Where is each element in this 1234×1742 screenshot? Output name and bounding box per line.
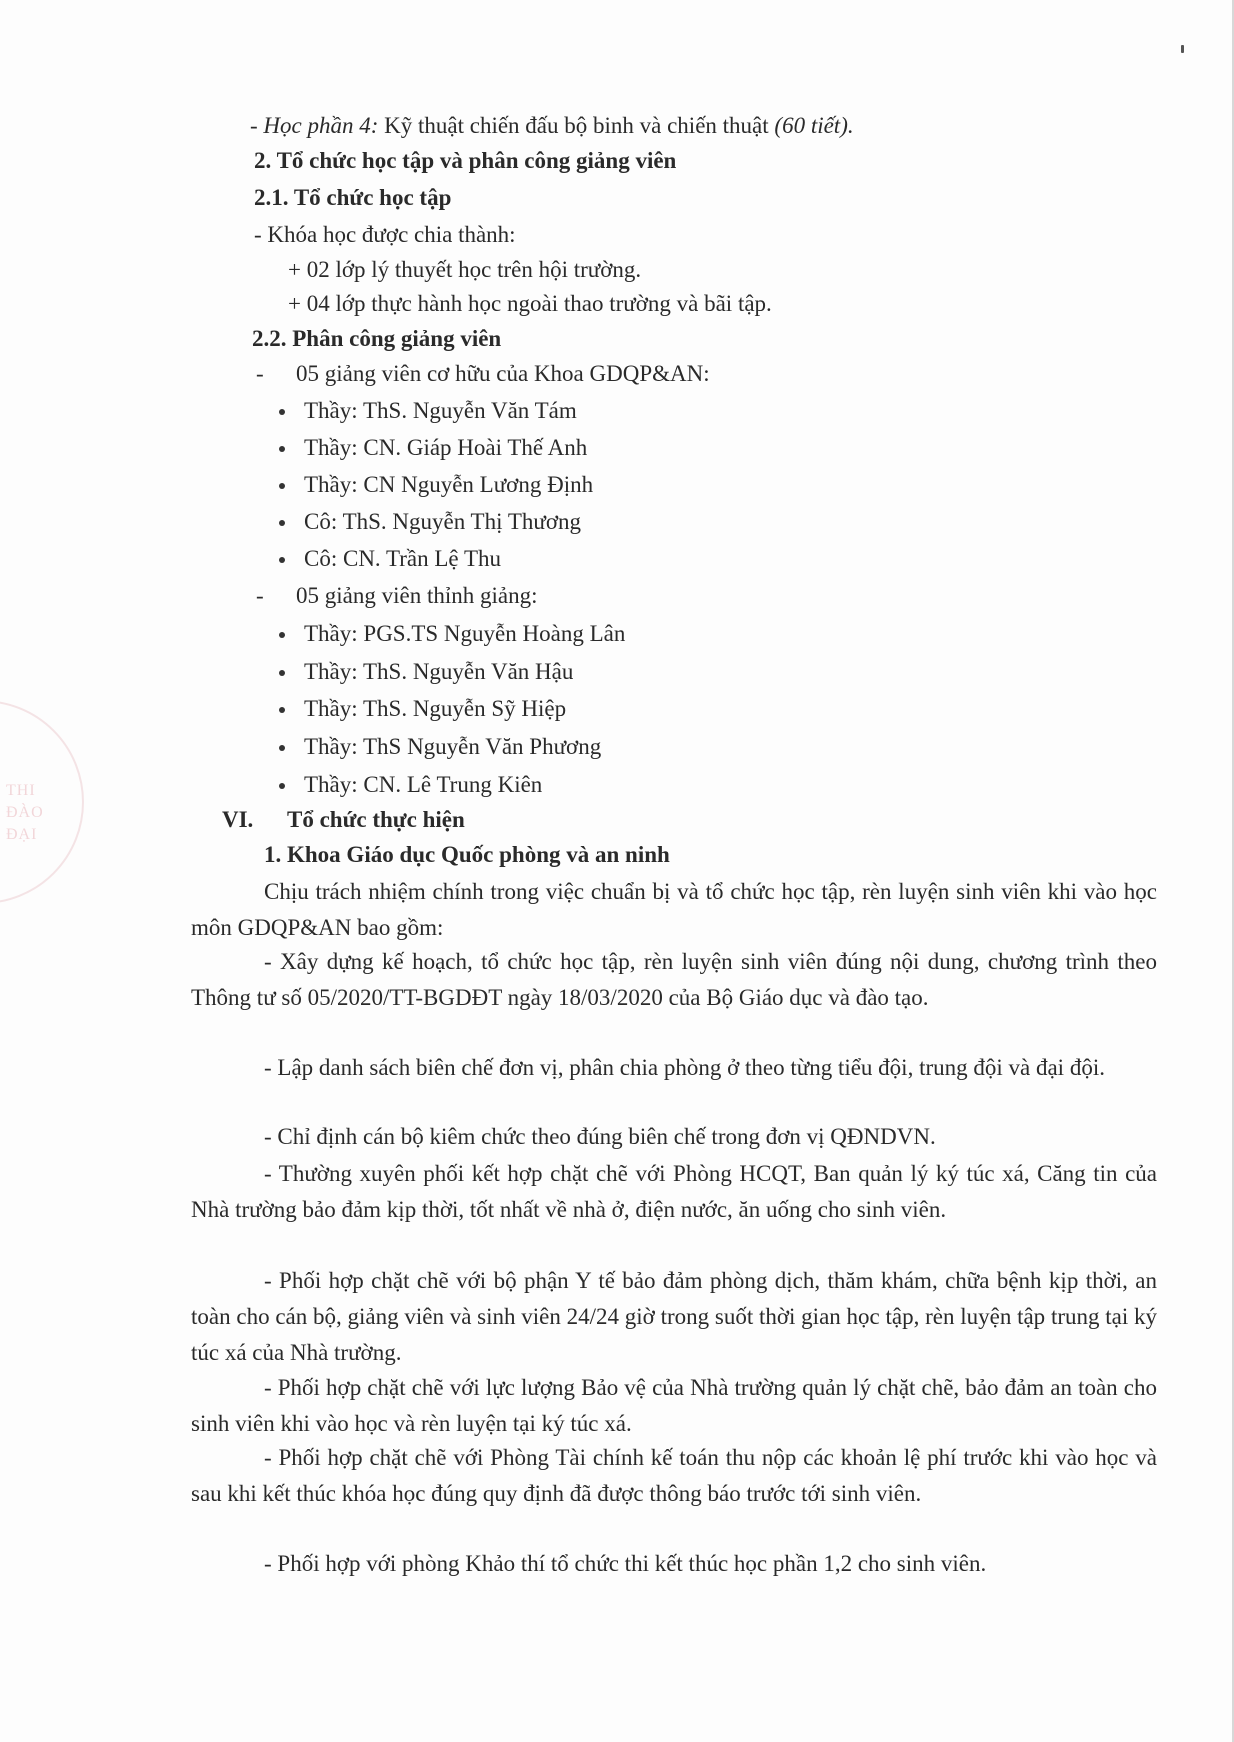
stamp-text: THI — [6, 782, 36, 800]
red-stamp-partial: THI ĐÀO ĐẠI — [0, 700, 84, 904]
section-2-1-heading: 2.1. Tổ chức học tập — [254, 183, 451, 213]
bullet-icon — [279, 670, 285, 676]
bullet-icon — [279, 632, 285, 638]
bullet-icon — [279, 409, 285, 415]
paragraph: - Lập danh sách biên chế đơn vị, phân ch… — [191, 1050, 1157, 1086]
section-VI-1-heading: 1. Khoa Giáo dục Quốc phòng và an ninh — [264, 840, 670, 870]
section-2-2-heading: 2.2. Phân công giảng viên — [252, 324, 501, 354]
bullet-icon — [279, 745, 285, 751]
scan-mark — [1181, 45, 1184, 53]
paragraph: - Phối hợp với phòng Khảo thí tổ chức th… — [191, 1546, 1157, 1582]
paragraph: - Phối hợp chặt chẽ với bộ phận Y tế bảo… — [191, 1263, 1157, 1371]
module-4-hours: (60 tiết). — [774, 113, 853, 138]
paragraph: - Xây dựng kế hoạch, tổ chức học tập, rè… — [191, 944, 1157, 1016]
lecturer-item: Cô: CN. Trần Lệ Thu — [304, 544, 501, 574]
group-dash: - — [256, 359, 264, 389]
module-4-line: - Học phần 4: Kỹ thuật chiến đấu bộ binh… — [250, 111, 854, 141]
section-VI-heading: Tổ chức thực hiện — [287, 805, 465, 835]
lecturer-item: Thầy: PGS.TS Nguyễn Hoàng Lân — [304, 619, 625, 649]
group-title: 05 giảng viên cơ hữu của Khoa GDQP&AN: — [296, 359, 710, 389]
paragraph: - Chỉ định cán bộ kiêm chức theo đúng bi… — [191, 1119, 1157, 1155]
section-2-heading: 2. Tổ chức học tập và phân công giảng vi… — [254, 146, 676, 176]
class-item: + 04 lớp thực hành học ngoài thao trường… — [288, 289, 772, 319]
paragraph: - Thường xuyên phối kết hợp chặt chẽ với… — [191, 1156, 1157, 1228]
module-4-label: - Học phần 4: — [250, 113, 378, 138]
paragraph: Chịu trách nhiệm chính trong việc chuẩn … — [191, 874, 1157, 946]
lecturer-item: Thầy: CN. Lê Trung Kiên — [304, 770, 542, 800]
group-dash: - — [256, 581, 264, 611]
section-2-1-intro: - Khóa học được chia thành: — [254, 220, 516, 250]
bullet-icon — [279, 520, 285, 526]
lecturer-item: Thầy: ThS. Nguyễn Sỹ Hiệp — [304, 694, 566, 724]
bullet-icon — [279, 446, 285, 452]
paragraph: - Phối hợp chặt chẽ với lực lượng Bảo vệ… — [191, 1370, 1157, 1442]
lecturer-item: Cô: ThS. Nguyễn Thị Thương — [304, 507, 581, 537]
section-VI-numeral: VI. — [222, 805, 253, 835]
stamp-text: ĐẠI — [6, 826, 37, 844]
lecturer-item: Thầy: CN. Giáp Hoài Thế Anh — [304, 433, 587, 463]
bullet-icon — [279, 783, 285, 789]
lecturer-item: Thầy: ThS. Nguyễn Văn Hậu — [304, 657, 573, 687]
bullet-icon — [279, 483, 285, 489]
bullet-icon — [279, 707, 285, 713]
lecturer-item: Thầy: ThS Nguyễn Văn Phương — [304, 732, 601, 762]
bullet-icon — [279, 557, 285, 563]
group-title: 05 giảng viên thỉnh giảng: — [296, 581, 537, 611]
lecturer-item: Thầy: CN Nguyễn Lương Định — [304, 470, 593, 500]
lecturer-item: Thầy: ThS. Nguyễn Văn Tám — [304, 396, 577, 426]
class-item: + 02 lớp lý thuyết học trên hội trường. — [288, 255, 641, 285]
paragraph: - Phối hợp chặt chẽ với Phòng Tài chính … — [191, 1440, 1157, 1512]
stamp-text: ĐÀO — [6, 804, 44, 822]
module-4-text: Kỹ thuật chiến đấu bộ binh và chiến thuậ… — [378, 113, 774, 138]
